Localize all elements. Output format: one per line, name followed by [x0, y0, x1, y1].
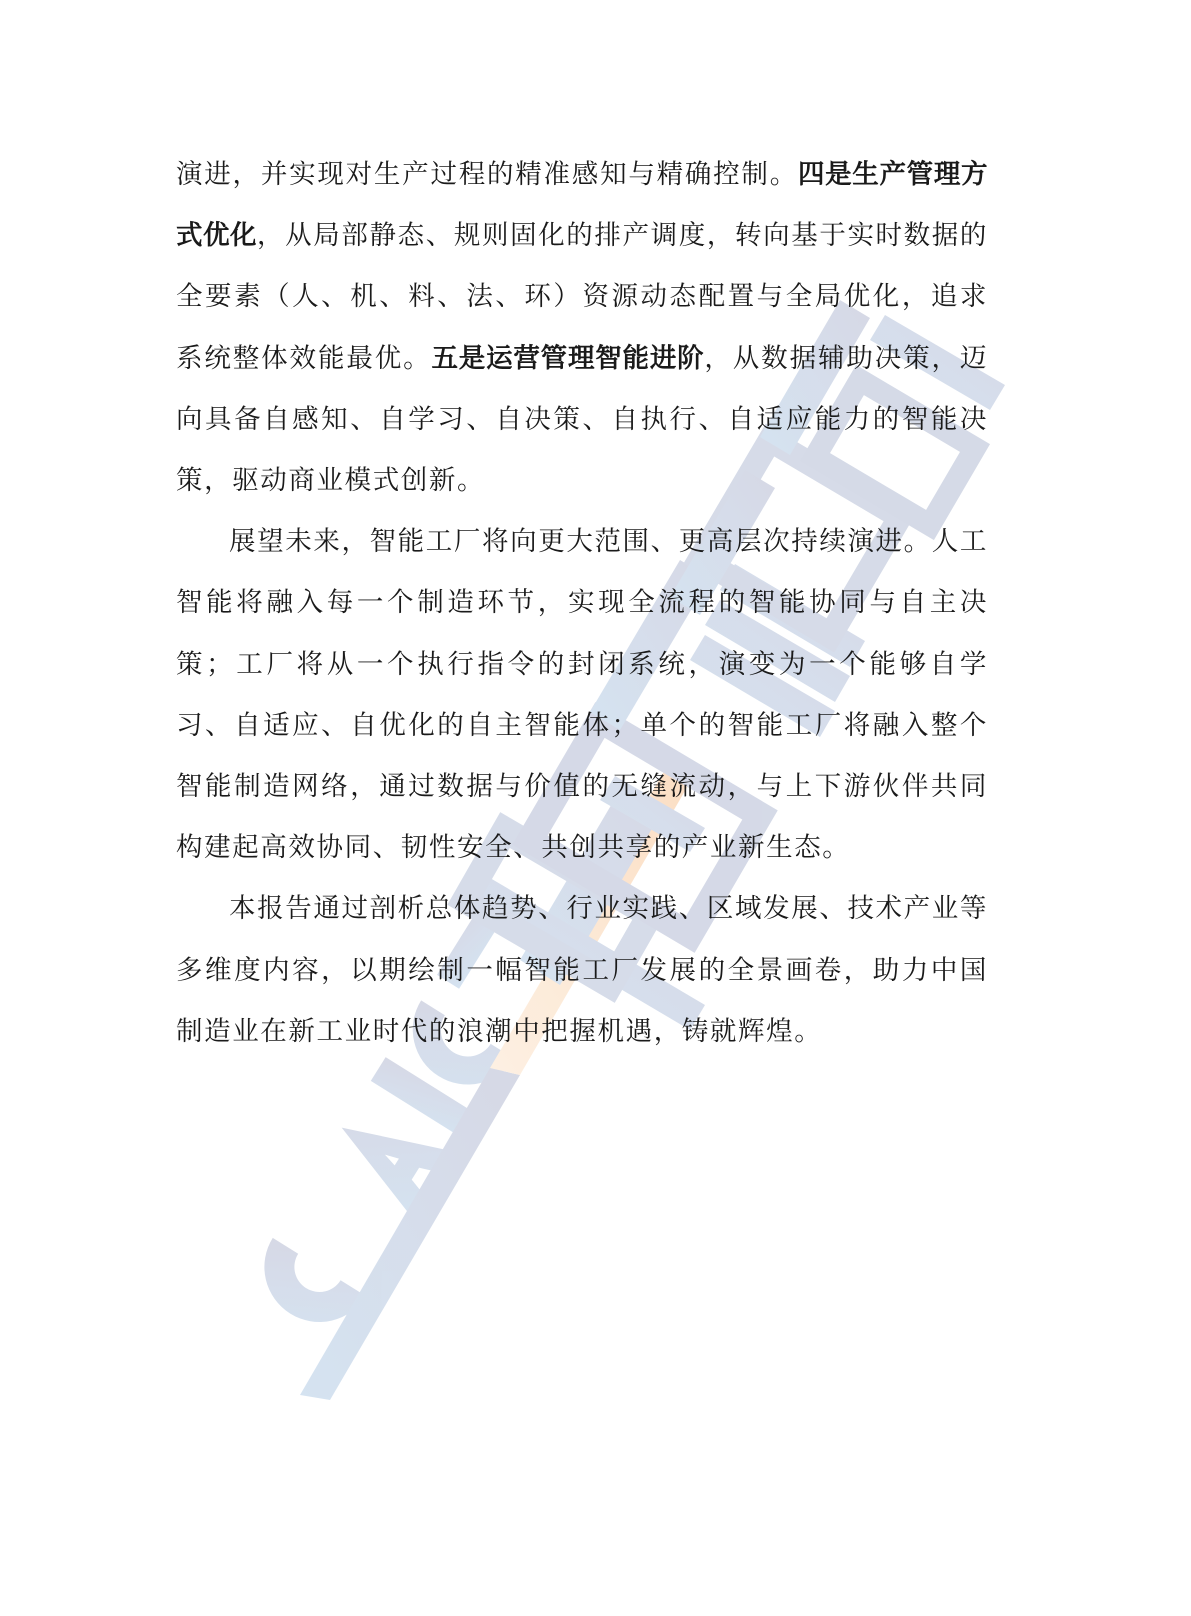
paragraph-text: 演进，并实现对生产过程的精准感知与精确控制。: [176, 159, 798, 190]
paragraph-1: 演进，并实现对生产过程的精准感知与精确控制。四是生产管理方式优化，从局部静态、规…: [176, 144, 988, 511]
bold-heading-five: 五是运营管理智能进阶: [432, 343, 705, 374]
paragraph-text: 展望未来，智能工厂将向更大范围、更高层次持续演进。人工智能将融入每一个制造环节，…: [176, 526, 988, 863]
document-body: 演进，并实现对生产过程的精准感知与精确控制。四是生产管理方式优化，从局部静态、规…: [176, 144, 988, 1062]
paragraph-text: 本报告通过剖析总体趋势、行业实践、区域发展、技术产业等多维度内容，以期绘制一幅智…: [176, 893, 988, 1046]
paragraph-3: 本报告通过剖析总体趋势、行业实践、区域发展、技术产业等多维度内容，以期绘制一幅智…: [176, 878, 988, 1062]
paragraph-2: 展望未来，智能工厂将向更大范围、更高层次持续演进。人工智能将融入每一个制造环节，…: [176, 511, 988, 878]
document-page: 演进，并实现对生产过程的精准感知与精确控制。四是生产管理方式优化，从局部静态、规…: [0, 0, 1191, 1616]
